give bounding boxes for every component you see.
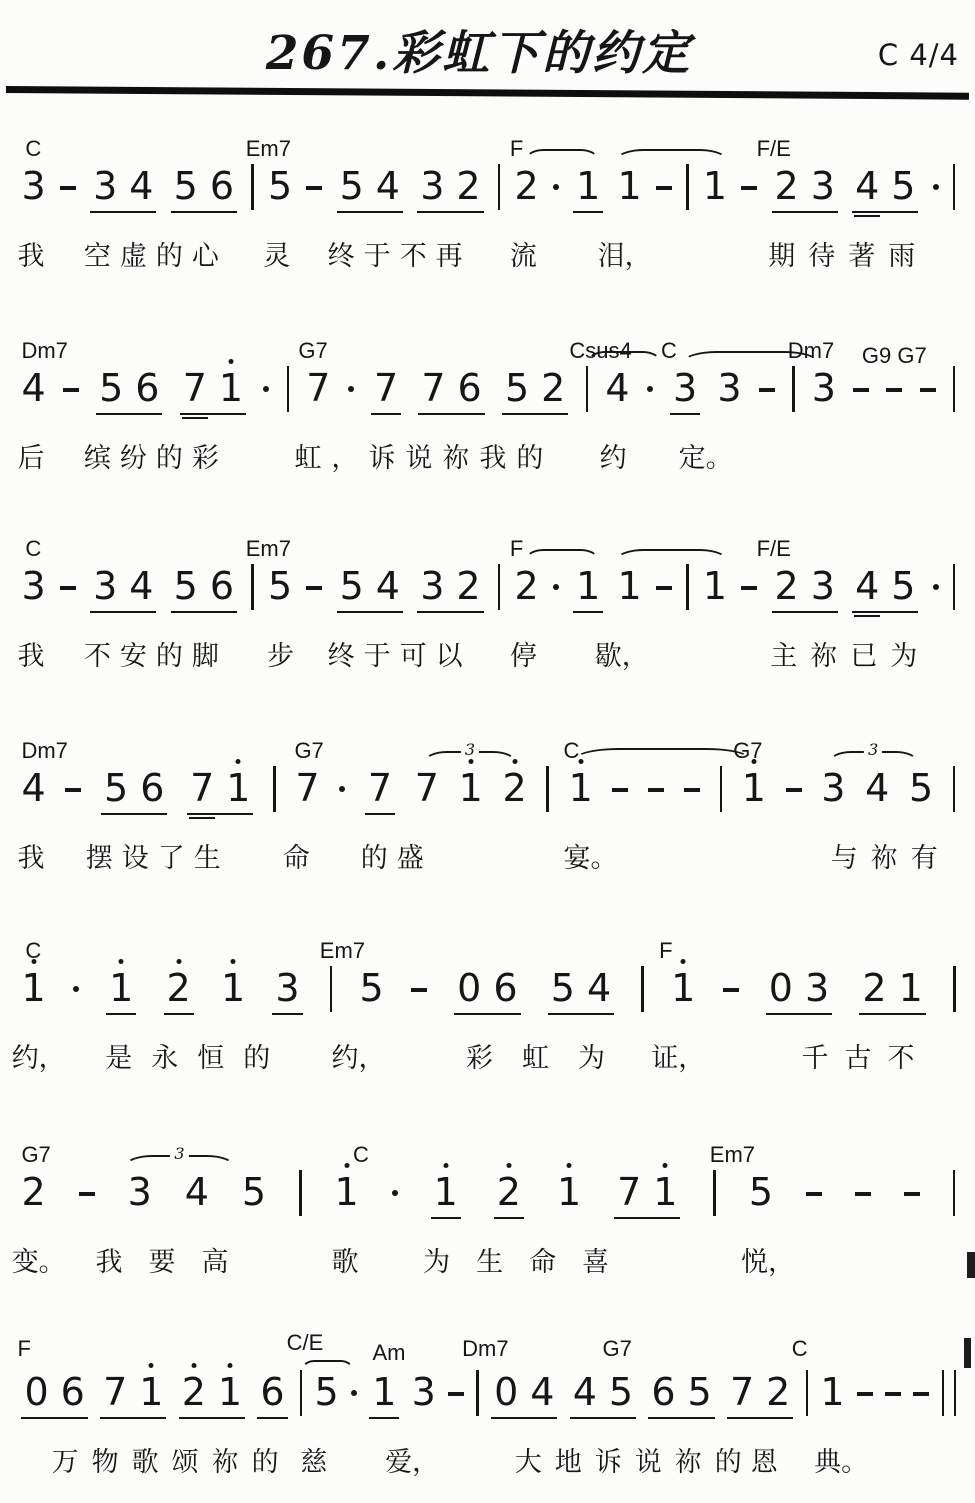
note-digit: 0 bbox=[769, 966, 793, 1010]
note-digit: 5 bbox=[315, 1370, 339, 1414]
note-digit: 1 bbox=[219, 366, 243, 410]
beam-group: 2 bbox=[164, 966, 194, 1015]
beam-group: 23 bbox=[772, 164, 838, 213]
lyric-segment: 定。 bbox=[679, 436, 733, 475]
note-digit: 1 bbox=[576, 164, 600, 208]
lyric-segment: 缤纷的彩 bbox=[84, 436, 228, 475]
augmentation-dot bbox=[351, 1390, 357, 1396]
note-digit: 1 bbox=[372, 1370, 396, 1414]
beam-group: 7 bbox=[365, 766, 395, 815]
beam-group: 06 bbox=[21, 1370, 87, 1419]
note-digit: 5 bbox=[104, 766, 128, 810]
note-digit: 4 bbox=[129, 164, 153, 208]
beam-group: 6 bbox=[257, 1370, 287, 1419]
note-digit: 3 bbox=[811, 164, 835, 208]
barline bbox=[476, 1370, 479, 1416]
lyric-segment: 主祢已为 bbox=[770, 634, 930, 673]
note-digit: 3 bbox=[420, 564, 444, 608]
augmentation-dot bbox=[339, 786, 345, 792]
barline bbox=[953, 1170, 956, 1216]
beam-group: 45 bbox=[852, 164, 918, 213]
note-digit: 2 bbox=[167, 966, 191, 1010]
lyric-segment: 是永恒的 bbox=[105, 1036, 289, 1075]
beam-group: 1 bbox=[573, 564, 603, 613]
tuplet-number: 3 bbox=[864, 740, 882, 759]
note-digit: 6 bbox=[493, 966, 517, 1010]
note-digit: 0 bbox=[494, 1370, 518, 1414]
note-digit: 1 bbox=[459, 766, 483, 810]
lyric-segment: 灵 bbox=[263, 234, 290, 273]
note-digit: 1 bbox=[335, 1170, 359, 1214]
dash-line bbox=[306, 186, 322, 190]
staff-system-5: CEm7F 112135065410321 约，是永恒的约，彩虹为证，千古不 bbox=[0, 938, 975, 1098]
dash-line bbox=[65, 788, 81, 792]
beam-group: 04 bbox=[491, 1370, 557, 1419]
beam-group: 45 bbox=[852, 564, 918, 613]
dash-line bbox=[63, 388, 79, 392]
note-digit: 1 bbox=[109, 966, 133, 1010]
lyric-segment: 终于不再 bbox=[328, 234, 472, 273]
barline bbox=[953, 366, 956, 412]
beam-group: 2 bbox=[494, 1170, 524, 1219]
barline bbox=[330, 966, 333, 1012]
scan-artifact bbox=[967, 1252, 975, 1278]
beam-group: 3 bbox=[670, 366, 700, 415]
staff-system-1: CEm7FF/E 334565543221112345 我空虚的心灵终于不再流泪… bbox=[0, 136, 975, 296]
chord-row: CEm7FF/E bbox=[0, 136, 975, 162]
barline bbox=[546, 766, 549, 812]
note-digit: 2 bbox=[503, 766, 527, 810]
note-digit: 2 bbox=[182, 1370, 206, 1414]
notation-row: 33456717771211345 bbox=[0, 766, 975, 832]
note-digit: 5 bbox=[551, 966, 575, 1010]
note-digit: 2 bbox=[775, 564, 799, 608]
note-digit: 3 bbox=[412, 1370, 436, 1414]
chord-label: F/E bbox=[757, 536, 791, 562]
chord-label: Em7 bbox=[710, 1142, 755, 1168]
slur-arc bbox=[683, 351, 819, 373]
staff-system-2: Dm7G7Csus4CDm7G9 G7 456717776524333 后缤纷的… bbox=[0, 338, 975, 498]
note-digit: 2 bbox=[862, 966, 886, 1010]
note-digit: 1 bbox=[576, 564, 600, 608]
note-digit: 4 bbox=[376, 164, 400, 208]
dash-line bbox=[306, 586, 322, 590]
tuplet-number: 3 bbox=[461, 740, 479, 759]
barline bbox=[299, 1170, 302, 1216]
lyric-segment: 歇， bbox=[595, 634, 649, 673]
beam-group: 1 bbox=[431, 1170, 461, 1219]
lyric-segment: 万物歌颂祢的 bbox=[52, 1440, 292, 1479]
lyric-segment: 我要高 bbox=[96, 1240, 255, 1279]
note-digit: 3 bbox=[275, 966, 299, 1010]
note-digit: 5 bbox=[505, 366, 529, 410]
lyric-segment: 我 bbox=[18, 634, 45, 673]
augmentation-dot bbox=[73, 986, 79, 992]
barline bbox=[713, 1170, 716, 1216]
note-digit: 5 bbox=[909, 766, 933, 810]
beam-group: 1 bbox=[106, 966, 136, 1015]
note-digit: 2 bbox=[456, 164, 480, 208]
chord-label: C bbox=[353, 1142, 369, 1168]
note-digit: 7 bbox=[368, 766, 392, 810]
dash-line bbox=[684, 788, 700, 792]
lyric-segment: 的盛 bbox=[361, 836, 433, 875]
chord-label: C/E bbox=[287, 1330, 324, 1356]
note-digit: 7 bbox=[617, 1170, 641, 1214]
beam-group: 23 bbox=[772, 564, 838, 613]
dash-line bbox=[60, 586, 76, 590]
note-digit: 1 bbox=[742, 766, 766, 810]
chord-row: CEm7FF/E bbox=[0, 536, 975, 562]
lyric-segment: 慈 bbox=[300, 1440, 327, 1479]
note-digit: 4 bbox=[573, 1370, 597, 1414]
note-digit: 2 bbox=[766, 1370, 790, 1414]
barline bbox=[641, 966, 644, 1012]
barline bbox=[953, 966, 956, 1012]
chord-label: F bbox=[510, 136, 523, 162]
note-digit: 5 bbox=[268, 164, 292, 208]
dash-line bbox=[448, 1392, 464, 1396]
lyric-segment: 期待著雨 bbox=[768, 234, 928, 273]
note-digit: 2 bbox=[775, 164, 799, 208]
note-digit: 0 bbox=[457, 966, 481, 1010]
chord-label: Dm7 bbox=[462, 1336, 508, 1362]
lyrics-row: 约，是永恒的约，彩虹为证，千古不 bbox=[0, 1036, 975, 1078]
note-digit: 5 bbox=[174, 564, 198, 608]
note-digit: 7 bbox=[103, 1370, 127, 1414]
note-digit: 4 bbox=[21, 766, 45, 810]
note-digit: 1 bbox=[21, 966, 45, 1010]
lyrics-row: 我不安的脚步终于可以停歇，主祢已为 bbox=[0, 634, 975, 676]
barline bbox=[953, 564, 956, 610]
beam-group: 54 bbox=[337, 564, 403, 613]
note-digit: 6 bbox=[260, 1370, 284, 1414]
lyric-segment: 约， bbox=[12, 1036, 66, 1075]
notation-row: 334565543221112345 bbox=[0, 164, 975, 230]
scan-artifact bbox=[964, 1338, 971, 1368]
chord-row: FC/EAmDm7G7C bbox=[0, 1336, 975, 1362]
note-digit: 1 bbox=[226, 766, 250, 810]
barline bbox=[953, 164, 956, 210]
beam-group: 56 bbox=[171, 164, 237, 213]
note-digit: 7 bbox=[183, 366, 207, 410]
dash-line bbox=[857, 1392, 873, 1396]
augmentation-dot bbox=[933, 584, 939, 590]
notation-row: 323451121715 bbox=[0, 1170, 975, 1236]
dash-line bbox=[723, 988, 739, 992]
note-digit: 2 bbox=[515, 164, 539, 208]
key-signature: C 4/4 bbox=[878, 38, 959, 72]
note-digit: 6 bbox=[210, 564, 234, 608]
lyric-segment: 约， bbox=[332, 1036, 386, 1075]
note-digit: 4 bbox=[530, 1370, 554, 1414]
note-digit: 1 bbox=[218, 1370, 242, 1414]
lyric-segment: 我 bbox=[18, 234, 45, 273]
dash-line bbox=[759, 388, 775, 392]
dash-line bbox=[648, 788, 664, 792]
lyric-segment: 大地诉说祢的 bbox=[515, 1440, 755, 1479]
dash-line bbox=[920, 388, 936, 392]
barline bbox=[300, 1370, 303, 1416]
note-digit: 2 bbox=[21, 1170, 45, 1214]
note-digit: 5 bbox=[609, 1370, 633, 1414]
notation-row: 334565543221112345 bbox=[0, 564, 975, 630]
augmentation-dot bbox=[263, 386, 269, 392]
lyric-segment: 爱， bbox=[385, 1440, 439, 1479]
dash-line bbox=[612, 788, 628, 792]
beam-group: 56 bbox=[96, 366, 162, 415]
lyric-segment: 后 bbox=[18, 436, 45, 475]
note-digit: 5 bbox=[891, 564, 915, 608]
note-digit: 1 bbox=[671, 966, 695, 1010]
chord-label: C bbox=[792, 1336, 808, 1362]
lyric-segment: 摆设了生 bbox=[86, 836, 230, 875]
note-digit: 5 bbox=[99, 366, 123, 410]
note-digit: 5 bbox=[340, 164, 364, 208]
beam-group: 54 bbox=[548, 966, 614, 1015]
notation-row: 0671216513044565721 bbox=[0, 1370, 975, 1436]
note-digit: 4 bbox=[376, 564, 400, 608]
lyric-segment: 流 bbox=[510, 234, 537, 273]
barline bbox=[720, 766, 723, 812]
beam-group: 1 bbox=[369, 1370, 399, 1419]
chord-row: CEm7F bbox=[0, 938, 975, 964]
dash-line bbox=[79, 1192, 95, 1196]
note-digit: 3 bbox=[21, 164, 45, 208]
barline bbox=[287, 366, 290, 412]
lyric-segment: 停 bbox=[510, 634, 537, 673]
lyrics-row: 万物歌颂祢的慈爱，大地诉说祢的恩典。 bbox=[0, 1440, 975, 1482]
beam-group: 06 bbox=[454, 966, 520, 1015]
beam-group: 34 bbox=[90, 564, 156, 613]
barline bbox=[251, 164, 254, 210]
dash-line bbox=[741, 586, 757, 590]
note-digit: 7 bbox=[295, 766, 319, 810]
chord-label: F/E bbox=[757, 136, 791, 162]
lyrics-row: 变。我要高歌为生命喜悦， bbox=[0, 1240, 975, 1282]
chord-label: G7 bbox=[298, 338, 327, 364]
barline bbox=[586, 366, 589, 412]
note-digit: 5 bbox=[174, 164, 198, 208]
lyrics-row: 我空虚的心灵终于不再流泪，期待著雨 bbox=[0, 234, 975, 276]
lyric-segment: 恩 bbox=[751, 1440, 778, 1479]
beam-group: 56 bbox=[101, 766, 167, 815]
barline bbox=[498, 564, 501, 610]
staff-system-3: CEm7FF/E 334565543221112345 我不安的脚步终于可以停歇… bbox=[0, 536, 975, 696]
lyric-segment: 命 bbox=[283, 836, 310, 875]
beam-group: 7 bbox=[371, 366, 401, 415]
note-digit: 6 bbox=[135, 366, 159, 410]
note-digit: 2 bbox=[541, 366, 565, 410]
note-digit: 3 bbox=[673, 366, 697, 410]
note-digit: 3 bbox=[811, 564, 835, 608]
barline bbox=[792, 366, 795, 412]
note-digit: 3 bbox=[821, 766, 845, 810]
dash-line bbox=[855, 1192, 871, 1196]
note-digit: 3 bbox=[420, 164, 444, 208]
augmentation-dot bbox=[647, 386, 653, 392]
chord-label: Em7 bbox=[246, 536, 291, 562]
final-barline bbox=[942, 1370, 956, 1416]
note-digit: 6 bbox=[61, 1370, 85, 1414]
note-digit: 5 bbox=[242, 1170, 266, 1214]
note-digit: 6 bbox=[210, 164, 234, 208]
note-digit: 7 bbox=[730, 1370, 754, 1414]
lyric-segment: 千古不 bbox=[801, 1036, 930, 1075]
note-digit: 4 bbox=[855, 564, 879, 608]
title-divider bbox=[6, 86, 969, 100]
dash-line bbox=[411, 988, 427, 992]
note-digit: 4 bbox=[865, 766, 889, 810]
dash-line bbox=[60, 186, 76, 190]
lyric-segment: 步 bbox=[267, 634, 294, 673]
chord-label: F bbox=[510, 536, 523, 562]
chord-label: C bbox=[25, 536, 41, 562]
note-digit: 1 bbox=[899, 966, 923, 1010]
staff-system-6: G7CEm7 323451121715 变。我要高歌为生命喜悦， bbox=[0, 1142, 975, 1302]
lyric-segment: 终于可以 bbox=[328, 634, 472, 673]
beam-group: 56 bbox=[171, 564, 237, 613]
dash-line bbox=[913, 1392, 929, 1396]
barline bbox=[953, 766, 956, 812]
lyric-segment: 悦， bbox=[741, 1240, 795, 1279]
chord-label: G7 bbox=[603, 1336, 632, 1362]
note-digit: 0 bbox=[24, 1370, 48, 1414]
song-title: 267.彩虹下的约定 bbox=[266, 16, 692, 83]
note-digit: 5 bbox=[268, 564, 292, 608]
note-digit: 1 bbox=[703, 164, 727, 208]
note-digit: 1 bbox=[139, 1370, 163, 1414]
augmentation-dot bbox=[933, 184, 939, 190]
note-digit: 2 bbox=[456, 564, 480, 608]
note-digit: 1 bbox=[557, 1170, 581, 1214]
note-digit: 3 bbox=[812, 366, 836, 410]
note-digit: 4 bbox=[185, 1170, 209, 1214]
lyric-segment: 约 bbox=[600, 436, 627, 475]
beam-group: 71 bbox=[187, 766, 253, 815]
chord-label: C bbox=[661, 338, 677, 364]
note-digit: 3 bbox=[128, 1170, 152, 1214]
lyric-segment: 为生命喜 bbox=[423, 1240, 635, 1279]
lyric-segment: 空虚的心 bbox=[84, 234, 228, 273]
dash-line bbox=[885, 1392, 901, 1396]
note-digit: 4 bbox=[21, 366, 45, 410]
tuplet-number: 3 bbox=[170, 1144, 188, 1163]
augmentation-dot bbox=[348, 386, 354, 392]
barline bbox=[273, 766, 276, 812]
beam-group: 72 bbox=[727, 1370, 793, 1419]
note-digit: 1 bbox=[618, 564, 642, 608]
note-digit: 1 bbox=[434, 1170, 458, 1214]
note-digit: 2 bbox=[497, 1170, 521, 1214]
note-digit: 7 bbox=[415, 766, 439, 810]
note-digit: 6 bbox=[651, 1370, 675, 1414]
beam-group: 3 bbox=[272, 966, 302, 1015]
note-digit: 3 bbox=[717, 366, 741, 410]
augmentation-dot bbox=[392, 1190, 398, 1196]
note-digit: 5 bbox=[688, 1370, 712, 1414]
note-digit: 4 bbox=[855, 164, 879, 208]
beam-group: 32 bbox=[417, 564, 483, 613]
beam-group: 65 bbox=[648, 1370, 714, 1419]
note-digit: 5 bbox=[749, 1170, 773, 1214]
dash-line bbox=[786, 788, 802, 792]
lyric-segment: 不安的脚 bbox=[84, 634, 228, 673]
note-digit: 3 bbox=[805, 966, 829, 1010]
beam-group: 71 bbox=[614, 1170, 680, 1219]
note-digit: 5 bbox=[891, 164, 915, 208]
note-digit: 1 bbox=[618, 164, 642, 208]
note-digit: 4 bbox=[587, 966, 611, 1010]
note-digit: 1 bbox=[569, 766, 593, 810]
chord-label: Em7 bbox=[320, 938, 365, 964]
chord-label: F bbox=[659, 938, 672, 964]
beam-group: 21 bbox=[179, 1370, 245, 1419]
note-digit: 6 bbox=[140, 766, 164, 810]
note-digit: 3 bbox=[21, 564, 45, 608]
barline bbox=[251, 564, 254, 610]
lyric-segment: 彩虹为 bbox=[466, 1036, 634, 1075]
note-digit: 2 bbox=[515, 564, 539, 608]
chord-label: Dm7 bbox=[21, 338, 67, 364]
lyrics-row: 我摆设了生命的盛宴。与祢有 bbox=[0, 836, 975, 878]
note-digit: 5 bbox=[360, 966, 384, 1010]
barline bbox=[498, 164, 501, 210]
lyric-segment: 虹，诉说祢我的 bbox=[294, 436, 553, 475]
beam-group: 34 bbox=[90, 164, 156, 213]
lyric-segment: 与祢有 bbox=[831, 836, 951, 875]
chord-label: G7 bbox=[294, 738, 323, 764]
notation-row: 456717776524333 bbox=[0, 366, 975, 432]
lyric-segment: 宴。 bbox=[564, 836, 618, 875]
dash-line bbox=[853, 388, 869, 392]
staff-system-4: Dm7G7CG7 33456717771211345 我摆设了生命的盛宴。与祢有 bbox=[0, 738, 975, 898]
note-digit: 1 bbox=[820, 1370, 844, 1414]
dash-line bbox=[656, 586, 672, 590]
dash-line bbox=[741, 186, 757, 190]
staff-system-7: FC/EAmDm7G7C 0671216513044565721 万物歌颂祢的慈… bbox=[0, 1336, 975, 1496]
note-digit: 5 bbox=[340, 564, 364, 608]
augmentation-dot bbox=[553, 584, 559, 590]
beam-group: 54 bbox=[337, 164, 403, 213]
lyric-segment: 歌 bbox=[332, 1240, 359, 1279]
beam-group: 32 bbox=[417, 164, 483, 213]
beam-group: 71 bbox=[180, 366, 246, 415]
beam-group: 1 bbox=[573, 164, 603, 213]
note-digit: 1 bbox=[653, 1170, 677, 1214]
chord-label: F bbox=[18, 1336, 31, 1362]
note-digit: 4 bbox=[605, 366, 629, 410]
note-digit: 3 bbox=[93, 164, 117, 208]
note-digit: 7 bbox=[306, 366, 330, 410]
lyrics-row: 后缤纷的彩虹，诉说祢我的约定。 bbox=[0, 436, 975, 478]
beam-group: 71 bbox=[100, 1370, 166, 1419]
note-digit: 1 bbox=[221, 966, 245, 1010]
lyric-segment: 变。 bbox=[12, 1240, 66, 1279]
chord-label: Dm7 bbox=[21, 738, 67, 764]
lyric-segment: 典。 bbox=[814, 1440, 868, 1479]
lyric-segment: 我 bbox=[18, 836, 45, 875]
note-digit: 7 bbox=[190, 766, 214, 810]
chord-label: Am bbox=[372, 1340, 405, 1366]
note-digit: 1 bbox=[703, 564, 727, 608]
chord-row: Dm7G7Csus4CDm7G9 G7 bbox=[0, 338, 975, 364]
lyric-segment: 泪， bbox=[598, 234, 652, 273]
slur-arc bbox=[575, 748, 750, 770]
dash-line bbox=[886, 388, 902, 392]
note-digit: 7 bbox=[374, 366, 398, 410]
beam-group: 03 bbox=[766, 966, 832, 1015]
